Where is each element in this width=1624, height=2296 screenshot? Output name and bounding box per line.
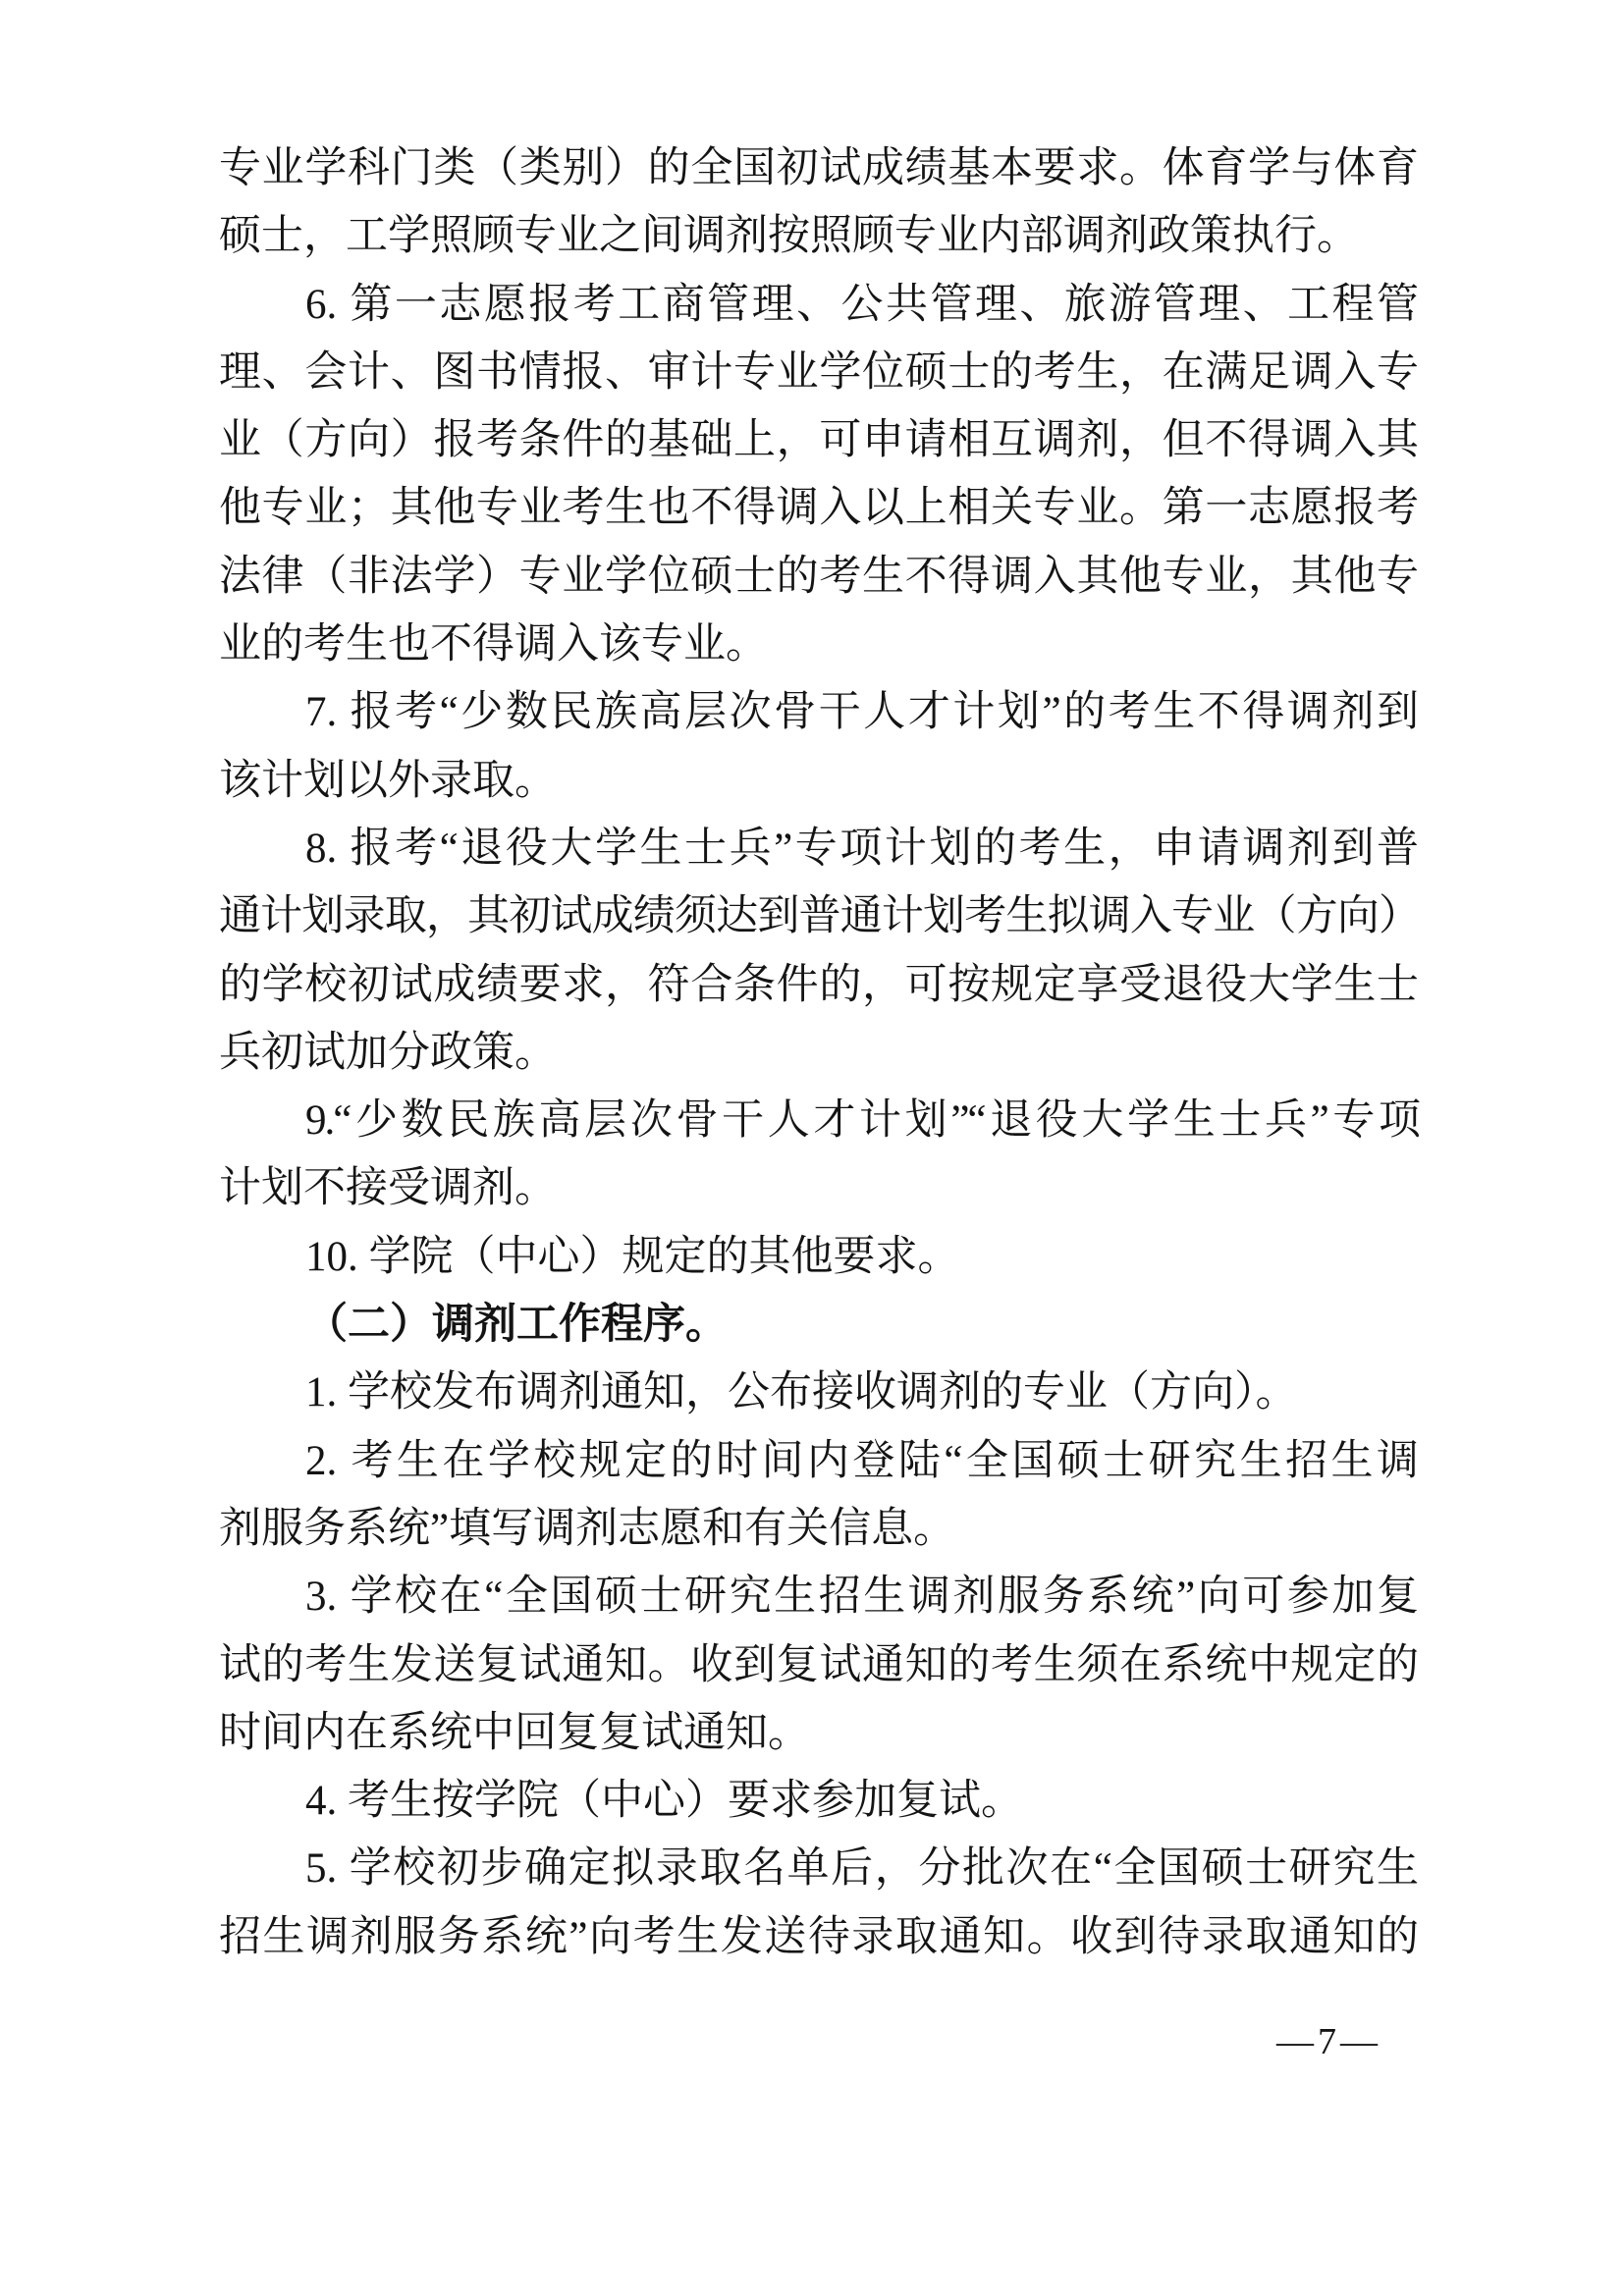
text-line-23: 试的考生发送复试通知。收到复试通知的考生须在系统中规定的 [219,1631,1419,1699]
text-line-8: 业的考生也不得调入该专业。 [219,611,1419,678]
text-line-24: 时间内在系统中回复复试通知。 [219,1699,1419,1767]
text-line-5: 业（方向）报考条件的基础上，可申请相互调剂，但不得调入其 [219,406,1419,474]
text-line-15: 9.“少数民族高层次骨干人才计划”“退役大学生士兵”专项 [219,1087,1419,1154]
text-line-14: 兵初试加分政策。 [219,1019,1419,1087]
text-line-7: 法律（非法学）专业学位硕士的考生不得调入其他专业，其他专 [219,543,1419,611]
text-line-11: 8. 报考“退役大学生士兵”专项计划的考生，申请调剂到普 [219,815,1419,882]
text-line-1: 专业学科门类（类别）的全国初试成绩基本要求。体育学与体育 [219,134,1419,202]
text-line-10: 该计划以外录取。 [219,747,1419,815]
text-line-6: 他专业；其他专业考生也不得调入以上相关专业。第一志愿报考 [219,474,1419,542]
text-line-9: 7. 报考“少数民族高层次骨干人才计划”的考生不得调剂到 [219,678,1419,746]
text-line-22: 3. 学校在“全国硕士研究生招生调剂服务系统”向可参加复 [219,1563,1419,1630]
text-line-20: 2. 考生在学校规定的时间内登陆“全国硕士研究生招生调 [219,1427,1419,1495]
text-line-16: 计划不接受调剂。 [219,1154,1419,1222]
text-line-25: 4. 考生按学院（中心）要求参加复试。 [219,1767,1419,1835]
text-line-2: 硕士，工学照顾专业之间调剂按照顾专业内部调剂政策执行。 [219,202,1419,270]
text-line-27: 招生调剂服务系统”向考生发送待录取通知。收到待录取通知的 [219,1903,1419,1971]
body-text: 专业学科门类（类别）的全国初试成绩基本要求。体育学与体育硕士，工学照顾专业之间调… [219,134,1419,1971]
page-number: —7— [1276,2020,1381,2063]
text-line-17: 10. 学院（中心）规定的其他要求。 [219,1223,1419,1291]
document-page: 专业学科门类（类别）的全国初试成绩基本要求。体育学与体育硕士，工学照顾专业之间调… [0,0,1624,2296]
text-line-18: （二）调剂工作程序。 [219,1291,1419,1359]
text-line-26: 5. 学校初步确定拟录取名单后，分批次在“全国硕士研究生 [219,1835,1419,1902]
text-line-3: 6. 第一志愿报考工商管理、公共管理、旅游管理、工程管 [219,271,1419,339]
text-line-19: 1. 学校发布调剂通知，公布接收调剂的专业（方向）。 [219,1359,1419,1426]
text-line-21: 剂服务系统”填写调剂志愿和有关信息。 [219,1495,1419,1563]
text-line-13: 的学校初试成绩要求，符合条件的，可按规定享受退役大学生士 [219,951,1419,1019]
text-line-12: 通计划录取，其初试成绩须达到普通计划考生拟调入专业（方向） [219,882,1419,950]
text-line-4: 理、会计、图书情报、审计专业学位硕士的考生，在满足调入专 [219,339,1419,406]
